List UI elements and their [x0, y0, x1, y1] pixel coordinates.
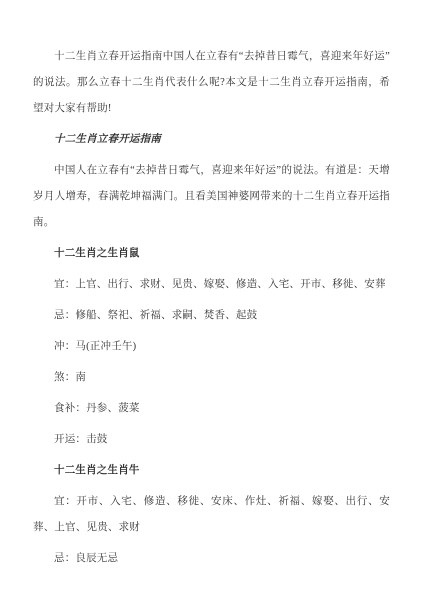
section-heading-ox: 十二生肖之生肖牛	[33, 458, 390, 484]
document-page: 十二生肖立春开运指南中国人在立春有“去掉昔日霉气，喜迎来年好运”的说法。那么立春…	[0, 0, 423, 600]
section-heading-guide: 十二生肖立春开运指南	[33, 127, 390, 153]
ox-avoid-line: 忌：良辰无忌	[33, 546, 390, 572]
rat-sha-line: 煞：南	[33, 365, 390, 391]
guide-paragraph: 中国人在立春有“去掉昔日霉气，喜迎来年好运”的说法。有道是：天增岁月人增寿，春满…	[33, 158, 390, 236]
rat-luck-line: 开运：击鼓	[33, 427, 390, 453]
rat-clash-line: 冲：马(正冲壬午)	[33, 334, 390, 360]
rat-avoid-line: 忌：修船、祭祀、祈福、求嗣、焚香、起鼓	[33, 303, 390, 329]
ox-suitable-line: 宜：开市、入宅、修造、移徙、安床、作灶、祈福、嫁娶、出行、安葬、上官、见贵、求财	[33, 489, 390, 541]
section-heading-rat: 十二生肖之生肖鼠	[33, 241, 390, 267]
rat-suitable-line: 宜：上官、出行、求财、见贵、嫁娶、修造、入宅、开市、移徙、安葬	[33, 272, 390, 298]
intro-paragraph: 十二生肖立春开运指南中国人在立春有“去掉昔日霉气，喜迎来年好运”的说法。那么立春…	[33, 44, 390, 122]
rat-diet-line: 食补：丹参、菠菜	[33, 396, 390, 422]
